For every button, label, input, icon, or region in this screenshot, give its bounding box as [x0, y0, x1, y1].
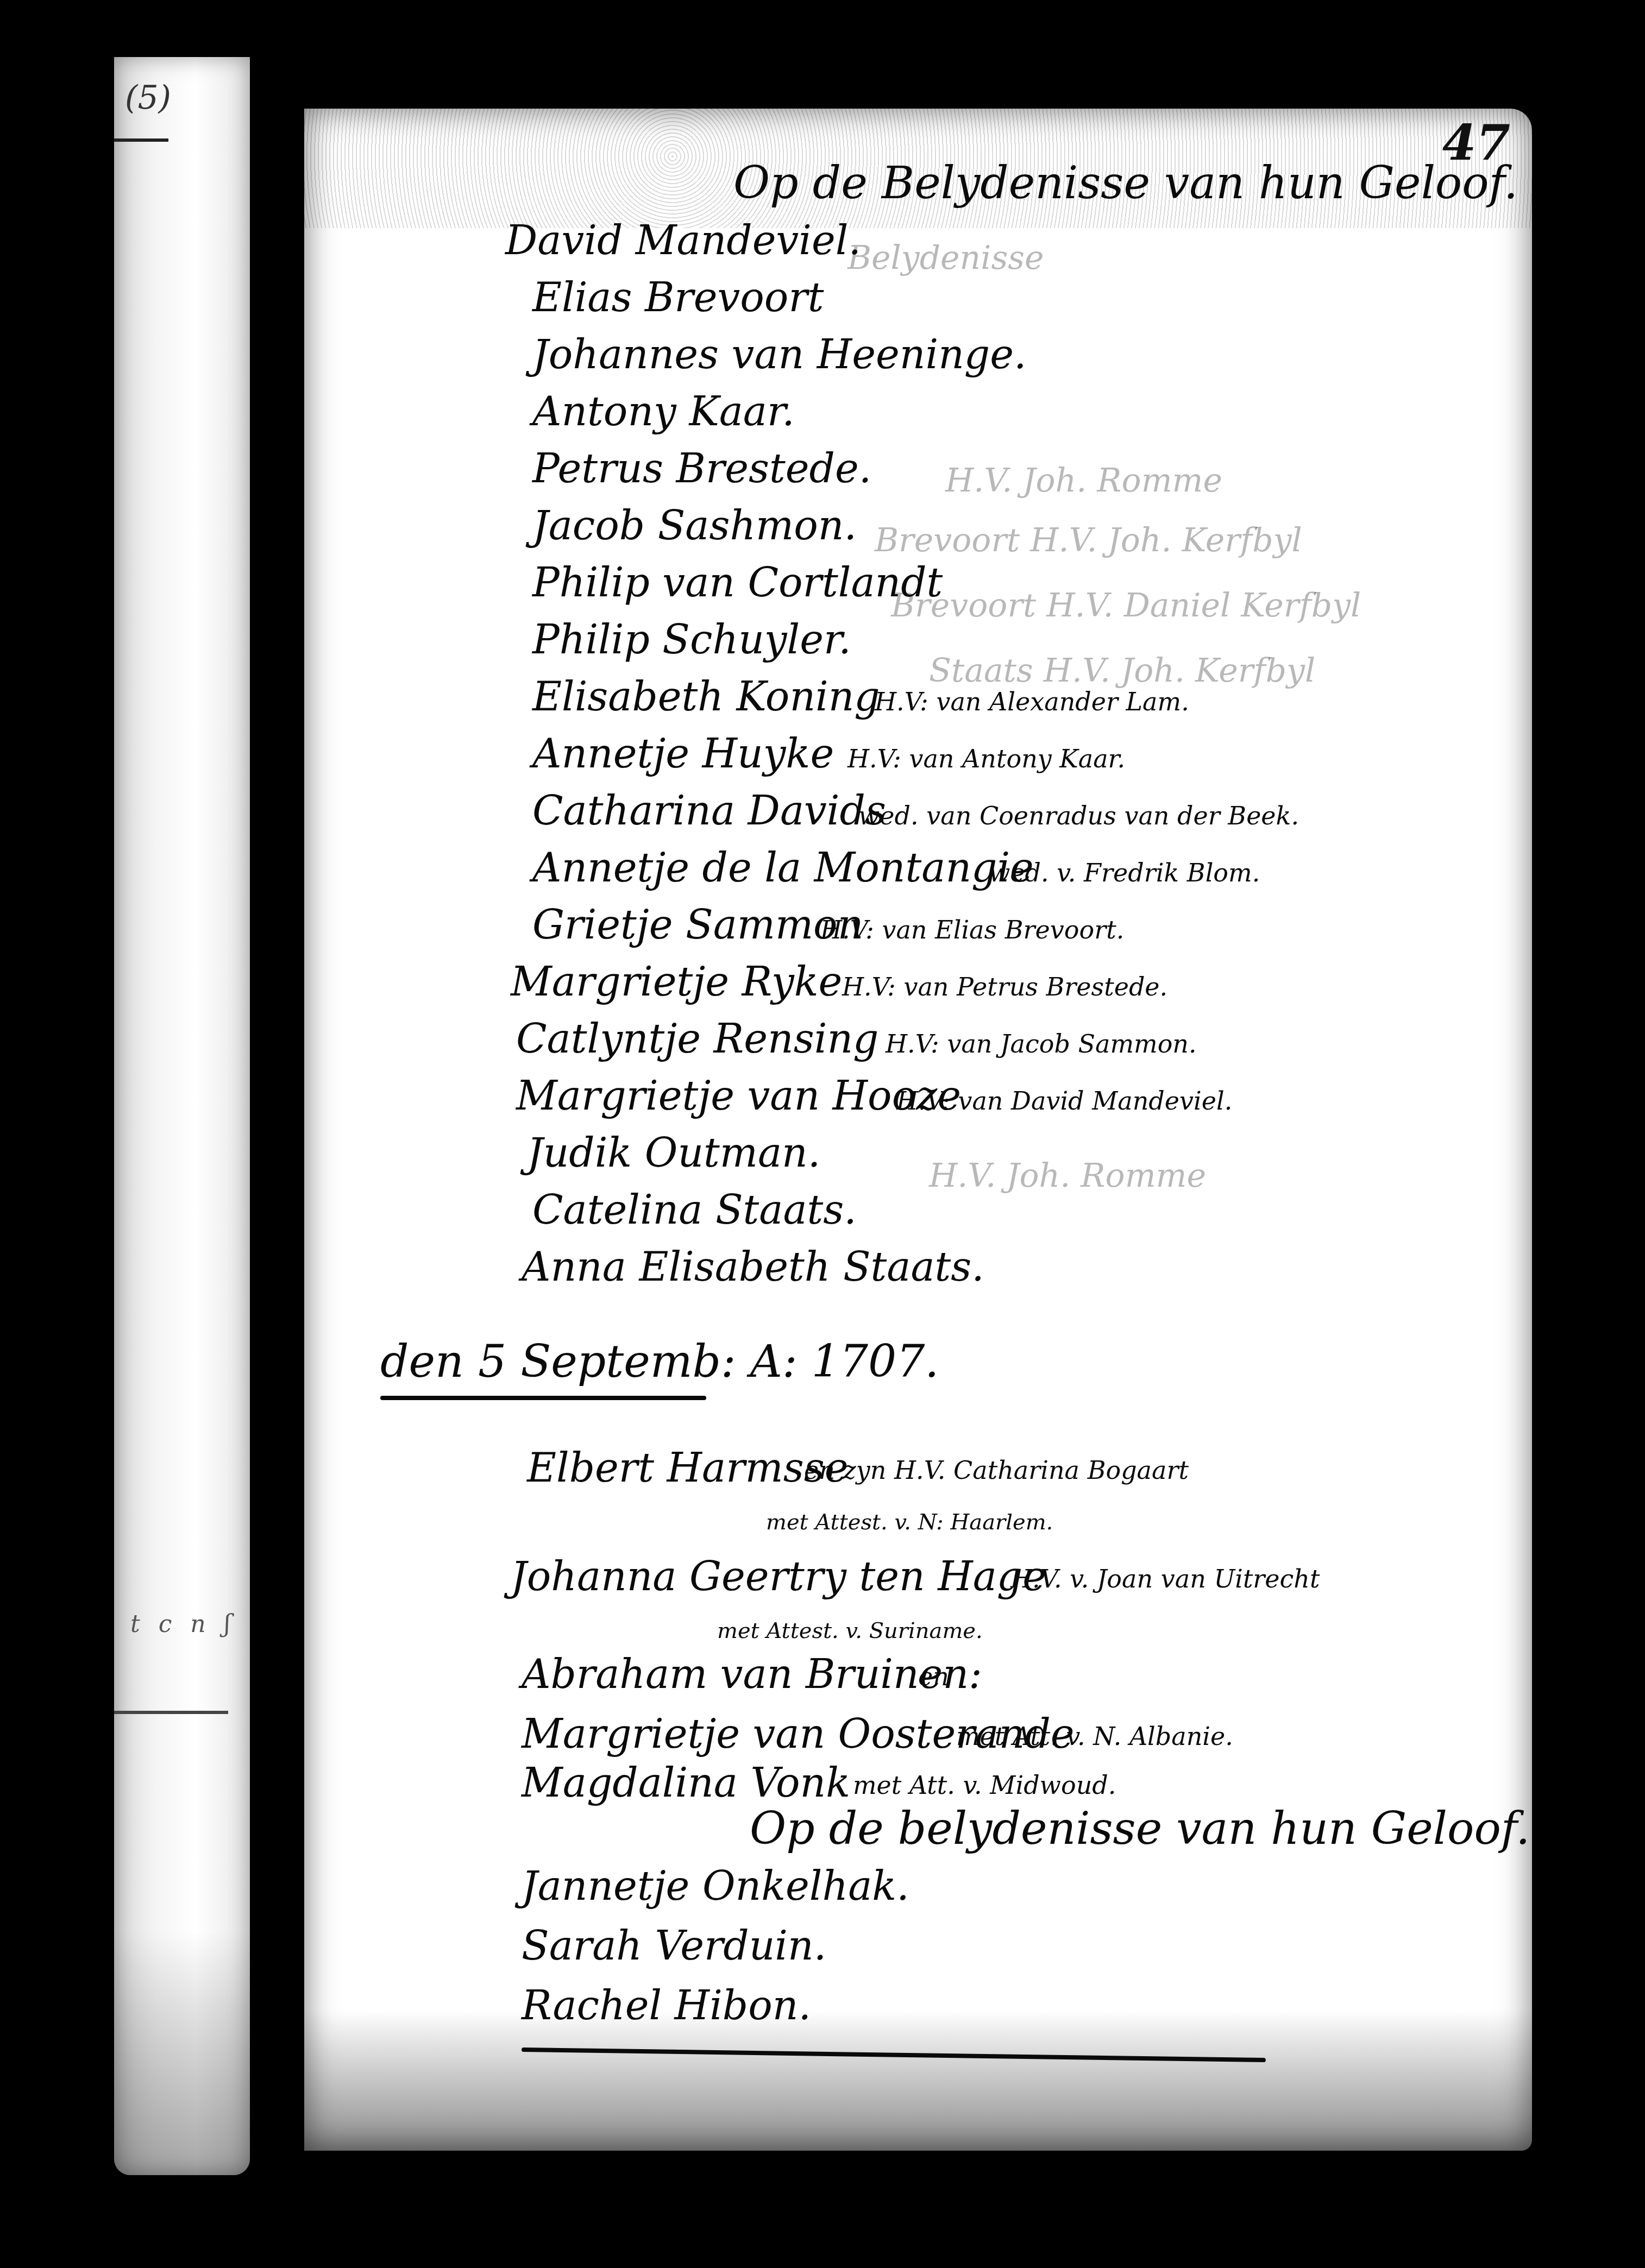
- entry-note: H.V: van David Mandeviel.: [896, 1086, 1232, 1116]
- entry-name: Catlyntje Rensing: [516, 1016, 878, 1062]
- entry-attestation: met Attest. v. Suriname.: [717, 1618, 983, 1643]
- entry-name: Margrietje van Hooze: [516, 1073, 961, 1119]
- bleedthrough-text: Belydenisse: [847, 239, 1044, 277]
- entry-name: Margrietje Ryke: [511, 959, 842, 1005]
- entry-name: Elbert Harmsse: [527, 1445, 848, 1491]
- section-heading: Op de Belydenisse van hun Geloof.: [733, 157, 1518, 209]
- strip-shadow: [114, 1931, 250, 2175]
- entry-name: Catelina Staats.: [532, 1187, 857, 1233]
- entry-name: Philip van Cortlandt: [532, 559, 943, 606]
- entry-name: Philip Schuyler.: [532, 616, 851, 663]
- entry-name: Antony Kaar.: [532, 388, 795, 435]
- entry-name: Grietje Sammon: [532, 902, 863, 948]
- entry-note: met Att. v. Midwoud.: [853, 1771, 1116, 1800]
- entry-note: H.V: van Antony Kaar.: [847, 744, 1125, 773]
- entry-name: Elisabeth Koning: [532, 673, 880, 720]
- strip-top-mark: (5): [125, 79, 171, 117]
- entry-note: H.V: van Alexander Lam.: [875, 687, 1189, 716]
- register-page: 47 Belydenisse H.V. Joh. Romme Brevoort …: [304, 109, 1532, 2151]
- entry-name: Petrus Brestede.: [532, 445, 871, 492]
- entry-name: Abraham van Bruinen:: [522, 1651, 982, 1698]
- entry-attestation: met Attest. v. N: Haarlem.: [766, 1510, 1053, 1535]
- bleedthrough-text: Staats H.V. Joh. Kerfbyl: [929, 652, 1315, 690]
- entry-name: Jannetje Onkelhak.: [522, 1863, 909, 1910]
- entry-name: Catharina Davids: [532, 787, 886, 834]
- entry-note: H.V: van Petrus Brestede.: [842, 972, 1167, 1001]
- entry-name: Annetje Huyke: [532, 730, 834, 777]
- entry-name: Magdalina Vonk: [522, 1760, 850, 1806]
- bleedthrough-text: H.V. Joh. Romme: [929, 1157, 1206, 1195]
- entry-name: David Mandeviel.: [505, 217, 861, 264]
- page-bottom-shadow: [304, 2009, 1532, 2151]
- entry-name: Johannes van Heeninge.: [532, 331, 1027, 378]
- strip-mid-mark: t c n ʃ: [130, 1610, 236, 1638]
- entry-note: H.V: van Jacob Sammon.: [886, 1029, 1197, 1059]
- entry-name: Annetje de la Montangie: [532, 845, 1034, 891]
- entry-note: wed. van Coenradus van der Beek.: [858, 801, 1299, 830]
- entry-name: Rachel Hibon.: [522, 1982, 811, 2029]
- bleedthrough-text: Brevoort H.V. Joh. Kerfbyl: [875, 521, 1302, 559]
- entry-note: en zyn H.V. Catharina Bogaart: [804, 1456, 1189, 1485]
- entry-name: Johanna Geertry ten Hage: [511, 1553, 1046, 1600]
- entry-note: en: [918, 1662, 949, 1691]
- entry-note: H.V. v. Joan van Uitrecht: [1010, 1564, 1320, 1593]
- entry-note: met Att. v. N. Albanie.: [956, 1722, 1233, 1751]
- adjacent-page-strip: (5) t c n ʃ: [114, 57, 250, 2175]
- entry-name: Anna Elisabeth Staats.: [522, 1244, 984, 1290]
- entry-name: Sarah Verduin.: [522, 1923, 826, 1969]
- date-underline: [380, 1396, 706, 1400]
- entry-note: H.V: van Elias Brevoort.: [820, 915, 1124, 944]
- strip-mid-rule: [114, 1711, 228, 1714]
- date-heading: den 5 Septemb: A: 1707.: [380, 1336, 939, 1388]
- entry-name: Judik Outman.: [527, 1130, 820, 1176]
- bleedthrough-text: Brevoort H.V. Daniel Kerfbyl: [891, 587, 1361, 625]
- section-heading: Op de belydenisse van hun Geloof.: [750, 1803, 1530, 1855]
- entry-name: Elias Brevoort: [532, 274, 824, 321]
- entry-note: wed. v. Fredrik Blom.: [989, 858, 1260, 887]
- entry-name: Jacob Sashmon.: [532, 502, 857, 549]
- strip-top-rule: [114, 138, 168, 142]
- bleedthrough-text: H.V. Joh. Romme: [945, 462, 1222, 500]
